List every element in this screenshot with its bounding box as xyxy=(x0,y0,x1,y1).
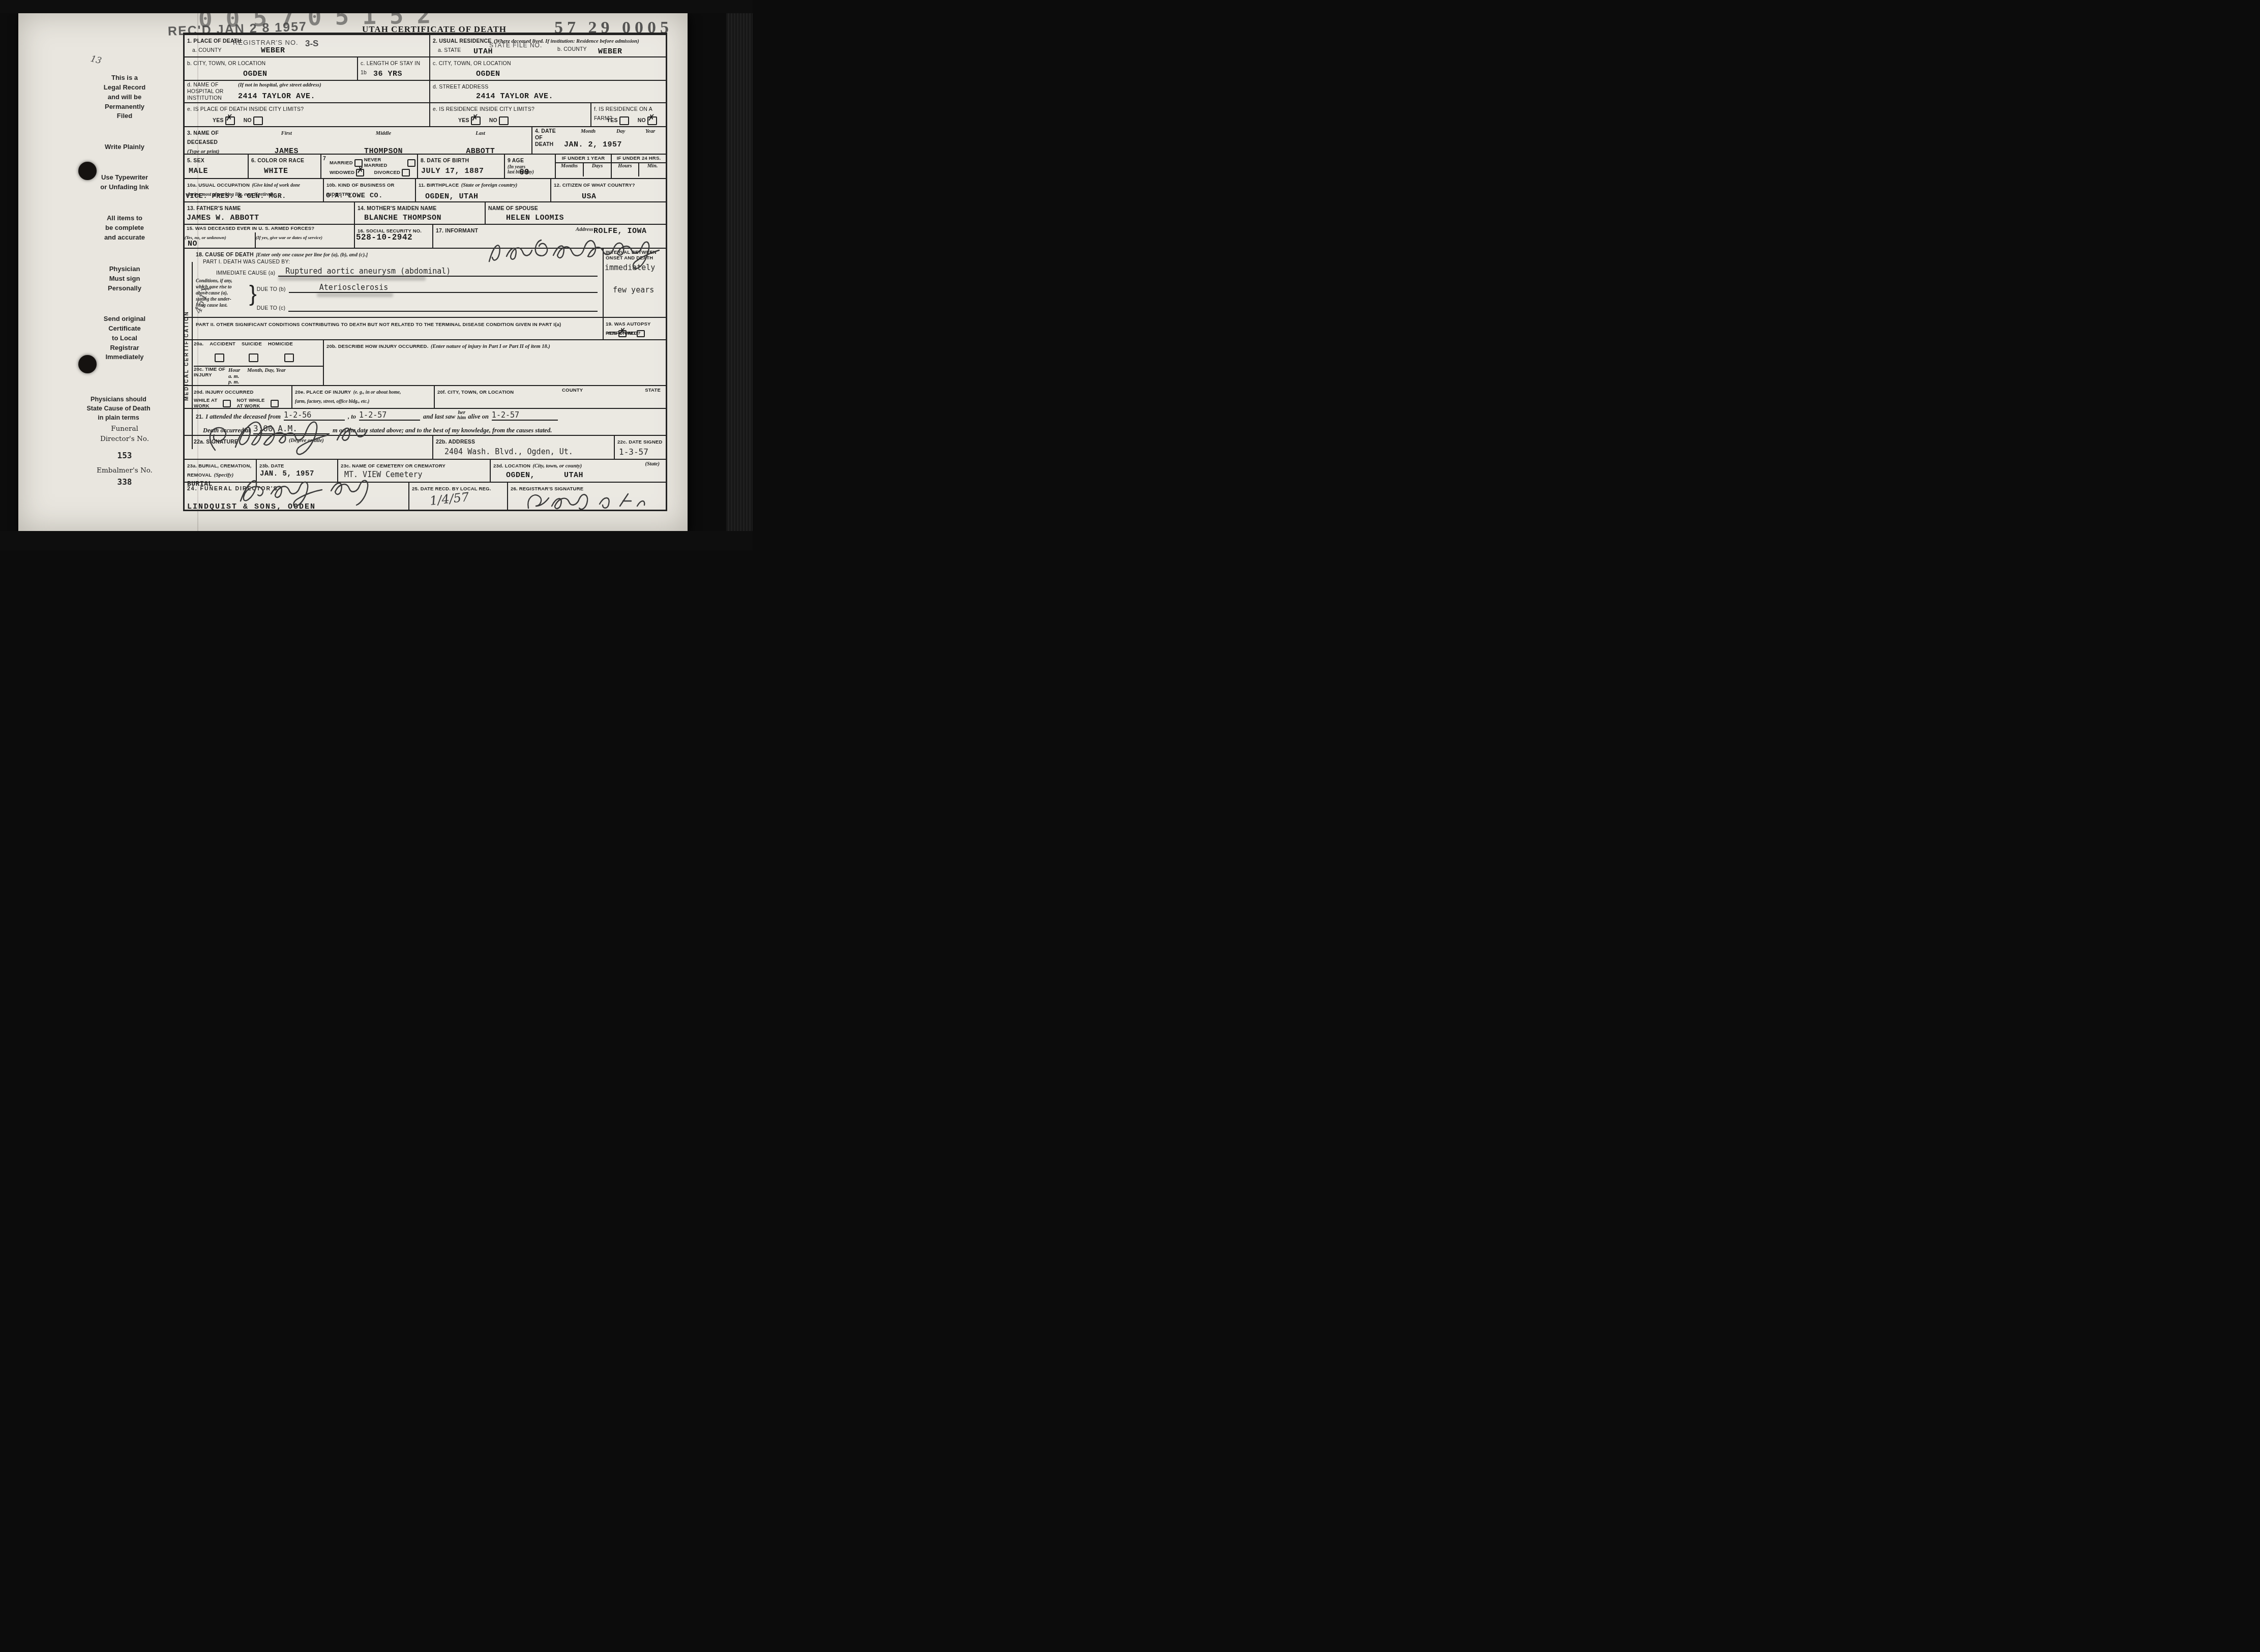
item17-address-value: ROLFE, IOWA xyxy=(593,227,647,235)
item18-dueb-value: Ateriosclerosis xyxy=(319,283,388,292)
under24-hours-label: Hours xyxy=(612,163,638,176)
checkbox-accident xyxy=(215,353,224,362)
item17-informant: 17. INFORMANT Address ROLFE, IOWA xyxy=(432,225,666,248)
item12-value: USA xyxy=(582,192,597,201)
item7-married-label: MARRIED xyxy=(330,160,353,166)
item23d-hint: (City, town, or county) xyxy=(533,463,582,469)
item13-value: JAMES W. ABBOTT xyxy=(187,214,259,222)
item26-label: 26. REGISTRAR'S SIGNATURE xyxy=(511,486,583,492)
item6-value: WHITE xyxy=(264,167,288,175)
margin-complete: All items to be complete and accurate xyxy=(71,214,178,243)
spouse: NAME OF SPOUSE HELEN LOOMIS xyxy=(485,202,666,224)
ink-smudge xyxy=(317,293,393,297)
row-place-residence: 1. PLACE OF DEATH a. COUNTY WEBER b. CIT… xyxy=(185,34,666,126)
item23d-location: 23d. LOCATION (City, town, or county) (S… xyxy=(490,460,666,482)
item20a-accident: ACCIDENT xyxy=(210,341,235,347)
item24-value: LINDQUIST & SONS, OGDEN xyxy=(187,503,316,511)
item2e-yes-label: YES xyxy=(458,117,469,124)
item20f-county-label: COUNTY xyxy=(562,388,583,393)
row-occupation: 10a. USUAL OCCUPATION (Give kind of work… xyxy=(185,178,666,201)
item9-hint: (In years last birthday) xyxy=(508,165,552,175)
item19-autopsy: 19. WAS AUTOPSY PERFORMED? YES ✗ NO xyxy=(603,318,666,339)
item18-bracket: [Enter only one cause per line for (a), … xyxy=(256,252,368,258)
item4-month-label: Month xyxy=(581,129,596,134)
item14-value: BLANCHE THOMPSON xyxy=(364,214,441,222)
item8-date-of-birth: 8. DATE OF BIRTH JULY 17, 1887 xyxy=(417,155,504,178)
item14-label: 14. MOTHER'S MAIDEN NAME xyxy=(358,205,436,212)
item20c-mdy: Month, Day, Year xyxy=(247,368,286,373)
embalmers-no-value: 338 xyxy=(71,476,178,488)
item1a-county-value: WEBER xyxy=(261,46,285,55)
item8-label: 8. DATE OF BIRTH xyxy=(421,158,469,164)
item15-label: 15. WAS DECEASED EVER IN U. S. ARMED FOR… xyxy=(185,225,354,232)
item2-title: 2. USUAL RESIDENCE xyxy=(433,38,491,44)
item21-time-value: 3:00 A.M. xyxy=(253,424,298,433)
item6-color-race: 6. COLOR OR RACE WHITE xyxy=(248,155,320,178)
item23c-value: MT. VIEW Cemetery xyxy=(344,470,423,479)
item1d-hint: (If not in hospital, give street address… xyxy=(238,82,321,88)
item2e-no-label: NO xyxy=(489,117,497,124)
item22c-label: 22c. DATE SIGNED xyxy=(617,439,663,445)
checkbox-2e-no xyxy=(499,116,509,125)
row-parents-spouse: 13. FATHER'S NAME JAMES W. ABBOTT 14. MO… xyxy=(185,201,666,224)
item18-part1: PART I. DEATH WAS CAUSED BY: xyxy=(203,259,601,265)
item20c-label: 20c. TIME OF INJURY xyxy=(194,367,225,378)
item18-duec-label: DUE TO (c) xyxy=(257,305,285,312)
spouse-label: NAME OF SPOUSE xyxy=(488,205,538,212)
item3-title: 3. NAME OF DECEASED xyxy=(187,130,219,145)
margin-typewriter: Use Typewriter or Unfading Ink xyxy=(71,173,178,192)
part2-label: PART II. OTHER SIGNIFICANT CONDITIONS CO… xyxy=(196,322,561,328)
if-under-24-hrs: IF UNDER 24 HRS. Hours Min. xyxy=(611,155,666,178)
item4-day-label: Day xyxy=(616,129,626,134)
item20a-homicide: HOMICIDE xyxy=(268,341,293,347)
item23d-label: 23d. LOCATION xyxy=(493,463,530,469)
item12-label: 12. CITIZEN OF WHAT COUNTRY? xyxy=(554,183,635,188)
item14-mother: 14. MOTHER'S MAIDEN NAME BLANCHE THOMPSO… xyxy=(354,202,485,224)
row-burial: 23a. BURIAL, CREMATION, REMOVAL (Specify… xyxy=(185,459,666,482)
item25-value: 1/4/57 xyxy=(429,490,470,508)
if-under-1-year: IF UNDER 1 YEAR Months Days xyxy=(555,155,611,178)
ink-smudge xyxy=(278,276,426,281)
checkbox-2f-yes xyxy=(619,116,629,125)
item1b-city-value: OGDEN xyxy=(243,70,267,78)
item2e-label: e. IS RESIDENCE INSIDE CITY LIMITS? xyxy=(433,106,534,112)
scanned-death-certificate: { "header": { "stamp_digits": "005705152… xyxy=(0,0,753,550)
item7-never-label: NEVER MARRIED xyxy=(364,157,406,169)
item23a-hint: (Specify) xyxy=(214,473,233,478)
row-signature: 22a. SIGNATURE (Degree or title) 22b. AD… xyxy=(185,435,666,459)
item10b-business: 10b. KIND OF BUSINESS OR INDUSTRY G.A. L… xyxy=(323,179,415,201)
item1b-label: b. CITY, TOWN, OR LOCATION xyxy=(187,61,265,67)
item24-label: 24. FUNERAL DIRECTOR'S xyxy=(187,486,278,492)
item2b-label: b. COUNTY xyxy=(557,46,587,53)
item22c-value: 1-3-57 xyxy=(619,447,648,457)
item15-armed-forces: 15. WAS DECEASED EVER IN U. S. ARMED FOR… xyxy=(185,225,354,248)
item7-no: 7 xyxy=(323,156,326,162)
item7-divorced-label: DIVORCED xyxy=(374,170,400,175)
item12-citizen: 12. CITIZEN OF WHAT COUNTRY? USA xyxy=(550,179,666,201)
spouse-value: HELEN LOOMIS xyxy=(506,214,564,222)
item13-father: 13. FATHER'S NAME JAMES W. ABBOTT xyxy=(185,202,354,224)
item18-immediate-value: Ruptured aortic aneurysm (abdominal) xyxy=(285,267,451,276)
item2-usual-residence: 2. USUAL RESIDENCE (Where deceased lived… xyxy=(429,35,666,126)
item21-to-label: , to xyxy=(348,413,356,421)
under1-title: IF UNDER 1 YEAR xyxy=(556,155,611,163)
item1e-label: e. IS PLACE OF DEATH INSIDE CITY LIMITS? xyxy=(187,106,304,112)
under24-min-label: Min. xyxy=(638,163,666,176)
item20c-am: a. m. xyxy=(228,374,239,379)
item10a-label: 10a. USUAL OCCUPATION xyxy=(187,183,250,188)
item19-yes-label: YES xyxy=(607,331,617,336)
item16-ssn: 16. SOCIAL SECURITY NO. 528-10-2942 xyxy=(354,225,432,248)
item5-label: 5. SEX xyxy=(187,158,204,164)
checkbox-1e-yes: ✗ xyxy=(225,116,235,125)
embalmers-no-label: Embalmer's No. xyxy=(71,466,178,476)
item2c-label: c. CITY, TOWN, OR LOCATION xyxy=(433,61,511,67)
item15-hint2: (If yes, give war or dates of service) xyxy=(256,235,322,240)
item5-sex: 5. SEX MALE xyxy=(185,155,248,178)
row-forces-ssn-informant: 15. WAS DECEASED EVER IN U. S. ARMED FOR… xyxy=(185,224,666,248)
item25-label: 25. DATE RECD. BY LOCAL REG. xyxy=(412,486,491,492)
item20f-label: 20f. CITY, TOWN, OR LOCATION xyxy=(437,390,514,395)
item3-middle-label: Middle xyxy=(376,131,391,136)
margin-legal-record: This is a Legal Record and will be Perma… xyxy=(71,73,178,121)
item2c-city-value: OGDEN xyxy=(476,70,500,78)
item2-hint: (Where deceased lived. If institution: R… xyxy=(494,39,639,44)
under1-months-label: Months xyxy=(556,163,583,176)
item21-death-label: Death occurred at xyxy=(203,427,250,434)
item1-place-of-death: 1. PLACE OF DEATH a. COUNTY WEBER b. CIT… xyxy=(185,35,429,126)
item11-hint: (State or foreign country) xyxy=(461,183,518,188)
margin-plain-terms: Physicians should State Cause of Death i… xyxy=(65,395,172,422)
item18-dueb-label: DUE TO (b) xyxy=(257,286,286,293)
row-injury-top: 20a. ACCIDENT SUICIDE HOMICIDE 20c. TIME… xyxy=(185,339,666,385)
item18-conditions-note: Conditions, if any, which gave rise to a… xyxy=(196,279,249,312)
item4-value: JAN. 2, 1957 xyxy=(564,140,622,149)
item3-first-label: First xyxy=(281,131,292,136)
item21-pre: I attended the deceased from xyxy=(205,413,281,421)
item26-registrar-signature: 26. REGISTRAR'S SIGNATURE xyxy=(507,483,666,510)
checkbox-not-while-at-work xyxy=(271,400,279,407)
item17-label: 17. INFORMANT xyxy=(436,228,478,234)
margin-physician-sign: Physician Must sign Personally xyxy=(71,264,178,293)
item20e-label: 20e. PLACE OF INJURY xyxy=(295,390,351,395)
item2d-label: d. STREET ADDRESS xyxy=(433,84,488,90)
item17-address-label: Address xyxy=(576,227,593,232)
row-cause-of-death: 18. CAUSE OF DEATH [Enter only one cause… xyxy=(185,248,666,317)
item4-label: 4. DATE OF DEATH xyxy=(535,128,556,148)
item3-name-of-deceased: 3. NAME OF DECEASED (Type or print) Firs… xyxy=(185,127,531,154)
margin-write-plainly: Write Plainly xyxy=(71,142,178,152)
item11-birthplace: 11. BIRTHPLACE (State or foreign country… xyxy=(415,179,550,201)
item20d-label: 20d. INJURY OCCURRED xyxy=(194,390,254,395)
item1d-label: d. NAME OF HOSPITAL OR INSTITUTION xyxy=(187,82,224,102)
item2a-label: a. STATE xyxy=(438,47,461,53)
item1d-hospital-value: 2414 TAYLOR AVE. xyxy=(238,92,315,101)
row-part2-autopsy: PART II. OTHER SIGNIFICANT CONDITIONS CO… xyxy=(185,317,666,339)
item20f-state-label: STATE xyxy=(645,388,661,393)
item9-age: 9 AGE (In years last birthday) 69 xyxy=(504,155,555,178)
item23d-hint2: (State) xyxy=(645,461,660,467)
film-edge xyxy=(726,0,753,550)
item2a-state-value: UTAH xyxy=(473,47,493,56)
item4-date-of-death: 4. DATE OF DEATH Month Day Year JAN. 2, … xyxy=(531,127,666,154)
checkbox-never-married xyxy=(407,159,415,167)
item24-funeral-director: 24. FUNERAL DIRECTOR'S LINDQUIST & SONS,… xyxy=(185,483,408,510)
item1a-label: a. COUNTY xyxy=(192,47,222,53)
item11-label: 11. BIRTHPLACE xyxy=(419,183,459,188)
item1e-no-label: NO xyxy=(244,117,252,124)
item16-value: 528-10-2942 xyxy=(356,233,412,242)
row-name-date: 3. NAME OF DECEASED (Type or print) Firs… xyxy=(185,126,666,154)
checkbox-2f-no: ✗ xyxy=(647,116,657,125)
interval-a-value: immediately xyxy=(605,263,655,272)
item1c-stay-value: 36 YRS xyxy=(373,70,402,78)
item11-value: OGDEN, UTAH xyxy=(425,192,479,201)
item2f-yes-label: YES xyxy=(607,117,618,124)
item25-date-received: 25. DATE RECD. BY LOCAL REG. 1/4/57 xyxy=(408,483,507,510)
checkbox-autopsy-no xyxy=(637,330,645,337)
item23d-value: OGDEN, UTAH xyxy=(506,471,583,480)
item21-alive-label: alive on xyxy=(468,413,489,421)
item23c-label: 23c. NAME OF CEMETERY OR CREMATORY xyxy=(341,463,445,469)
photo-bottom-band xyxy=(0,531,753,550)
item19-no-label: NO xyxy=(628,331,636,336)
item4-year-label: Year xyxy=(645,129,655,134)
item20b-label: 20b. DESCRIBE HOW INJURY OCCURRED. xyxy=(326,344,429,349)
item2f-no-label: NO xyxy=(638,117,646,124)
item7-marital-status: 7 MARRIED NEVER MARRIED WIDOWED ✗ DIVORC… xyxy=(320,155,417,178)
item18-immediate-label: IMMEDIATE CAUSE (a) xyxy=(216,270,275,277)
item22b-label: 22b. ADDRESS xyxy=(436,439,475,445)
interval-column: INTERVAL BETWEEN ONSET AND DEATH immedia… xyxy=(603,249,666,317)
item22c-date-signed: 22c. DATE SIGNED 1-3-57 xyxy=(614,436,666,459)
item21-to-value: 1-2-57 xyxy=(359,410,386,420)
item13-label: 13. FATHER'S NAME xyxy=(187,205,241,212)
item20c-pm: p. m. xyxy=(228,379,239,385)
item2b-county-value: WEBER xyxy=(598,47,622,56)
row-attendance: 21. I attended the deceased from 1-2-56 … xyxy=(185,408,666,435)
checkbox-homicide xyxy=(284,353,294,362)
item20f-city: 20f. CITY, TOWN, OR LOCATION COUNTY STAT… xyxy=(434,386,666,408)
checkbox-divorced xyxy=(402,169,410,176)
checkbox-suicide xyxy=(249,353,258,362)
item18-title: 18. CAUSE OF DEATH xyxy=(196,252,254,258)
item20b-describe: 20b. DESCRIBE HOW INJURY OCCURRED. (Ente… xyxy=(323,340,666,385)
interval-label: INTERVAL BETWEEN ONSET AND DEATH xyxy=(606,250,664,261)
item20a-no: 20a. xyxy=(194,341,203,347)
checkbox-widowed: ✗ xyxy=(356,169,364,176)
row-sex-race-marital: 5. SEX MALE 6. COLOR OR RACE WHITE 7 MAR… xyxy=(185,154,666,178)
item5-value: MALE xyxy=(189,167,208,175)
item10b-value: G.A. LOWE CO. xyxy=(326,192,383,200)
item2d-street-value: 2414 TAYLOR AVE. xyxy=(476,92,553,101)
row-injury-bottom: 20d. INJURY OCCURRED WHILE AT WORK NOT W… xyxy=(185,385,666,408)
item20c-hour: Hour xyxy=(228,368,240,373)
checkbox-while-at-work xyxy=(223,400,231,407)
checkbox-1e-no xyxy=(253,116,263,125)
item7-widowed-label: WIDOWED xyxy=(330,170,354,175)
registrar-signature xyxy=(523,489,656,513)
item20d-injury-occurred: 20d. INJURY OCCURRED WHILE AT WORK NOT W… xyxy=(185,386,291,408)
funeral-directors-no-value: 153 xyxy=(71,450,178,461)
item21-saw-label: and last saw xyxy=(423,413,455,421)
item20b-hint: (Enter nature of injury in Part I or Par… xyxy=(431,344,550,349)
under24-title: IF UNDER 24 HRS. xyxy=(612,155,666,163)
item6-label: 6. COLOR OR RACE xyxy=(251,158,304,164)
item23b-value: JAN. 5, 1957 xyxy=(260,470,314,478)
item20a-suicide: SUICIDE xyxy=(242,341,262,347)
item22b-value: 2404 Wash. Blvd., Ogden, Ut. xyxy=(444,447,573,456)
item21-tail: m on the date stated above; and to the b… xyxy=(333,427,552,434)
item15-value: NO xyxy=(188,240,197,248)
item21-alive-value: 1-2-57 xyxy=(492,410,519,420)
item23a-burial: 23a. BURIAL, CREMATION, REMOVAL (Specify… xyxy=(185,460,256,482)
item22a-degree-hint: (Degree or title) xyxy=(289,438,324,444)
item23b-date: 23b. DATE JAN. 5, 1957 xyxy=(256,460,337,482)
item20e-place-of-injury: 20e. PLACE OF INJURY (e. g., in or about… xyxy=(291,386,434,408)
item21-no: 21. xyxy=(196,414,203,421)
death-certificate-form: MEDICAL CERTIFICATION 451X 1. PLACE OF D… xyxy=(183,33,667,511)
item9-value: 69 xyxy=(519,168,529,177)
checkbox-2e-yes: ✗ xyxy=(471,116,481,125)
item23b-label: 23b. DATE xyxy=(259,463,284,469)
item8-value: JULY 17, 1887 xyxy=(421,167,484,175)
margin-send-original: Send original Certificate to Local Regis… xyxy=(71,314,178,362)
item22a-signature: 22a. SIGNATURE (Degree or title) xyxy=(185,436,432,459)
brace-glyph: } xyxy=(249,279,257,312)
photo-top-band xyxy=(0,0,753,13)
item1-title: 1. PLACE OF DEATH xyxy=(187,38,241,44)
item1e-yes-label: YES xyxy=(213,117,224,124)
item3-last-label: Last xyxy=(475,131,485,136)
item9-label: 9 AGE xyxy=(508,158,524,164)
item22a-label: 22a. SIGNATURE xyxy=(194,439,238,445)
item23c-cemetery: 23c. NAME OF CEMETERY OR CREMATORY MT. V… xyxy=(337,460,490,482)
item10a-occupation: 10a. USUAL OCCUPATION (Give kind of work… xyxy=(185,179,323,201)
interval-b-value: few years xyxy=(613,285,654,294)
row-funeral-registrar: 24. FUNERAL DIRECTOR'S LINDQUIST & SONS,… xyxy=(185,482,666,510)
funeral-directors-no-label: Funeral Director's No. xyxy=(71,424,178,444)
item22b-address: 22b. ADDRESS 2404 Wash. Blvd., Ogden, Ut… xyxy=(432,436,614,459)
under1-days-label: Days xyxy=(583,163,611,176)
checkbox-autopsy-yes: ✗ xyxy=(618,330,627,337)
item21-him: him xyxy=(457,416,466,421)
item21-from-value: 1-2-56 xyxy=(284,410,311,420)
item10a-value: VICE. PRES. & GEN. MGR. xyxy=(186,193,286,200)
